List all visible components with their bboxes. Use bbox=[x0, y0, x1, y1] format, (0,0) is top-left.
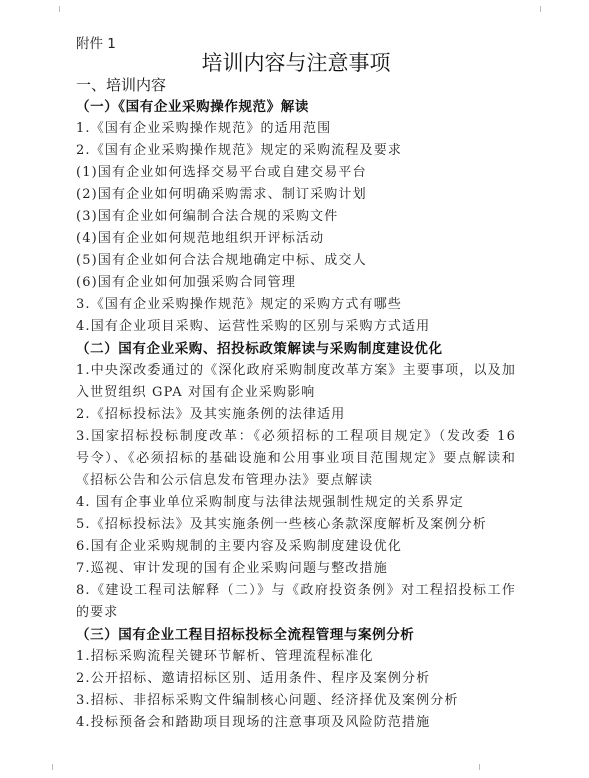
list-item: 2.公开招标、邀请招标区别、适用条件、程序及案例分析 bbox=[76, 668, 516, 690]
list-item: 3.招标、非招标采购文件编制核心问题、经济择优及案例分析 bbox=[76, 690, 516, 712]
section-heading-training-content: 一、培训内容 bbox=[76, 74, 516, 96]
subsection-heading: （一）《国有企业采购操作规范》解读 bbox=[76, 96, 516, 118]
list-item: 6.国有企业采购规制的主要内容及采购制度建设优化 bbox=[76, 536, 516, 558]
list-item: 2.《招标投标法》及其实施条例的法律适用 bbox=[76, 404, 516, 426]
subsection-1: （一）《国有企业采购操作规范》解读 1.《国有企业采购操作规范》的适用范围 2.… bbox=[76, 96, 516, 338]
list-item: 3.国家招标投标制度改革：《必须招标的工程项目规定》（发改委 16 号令）、《必… bbox=[76, 426, 516, 492]
list-item: 7.巡视、审计发现的国有企业采购问题与整改措施 bbox=[76, 558, 516, 580]
subsection-heading: （三）国有企业工程目招标投标全流程管理与案例分析 bbox=[76, 624, 516, 646]
list-item: 3.《国有企业采购操作规范》规定的采购方式有哪些 bbox=[76, 294, 516, 316]
list-item: 1.《国有企业采购操作规范》的适用范围 bbox=[76, 118, 516, 140]
document-page: 附件 1 培训内容与注意事项 一、培训内容 （一）《国有企业采购操作规范》解读 … bbox=[76, 34, 516, 734]
list-item: (1)国有企业如何选择交易平台或自建交易平台 bbox=[76, 162, 516, 184]
subsection-2: （二）国有企业采购、招投标政策解读与采购制度建设优化 1.中央深改委通过的《深化… bbox=[76, 338, 516, 624]
list-item: 4.投标预备会和踏勘项目现场的注意事项及风险防范措施 bbox=[76, 712, 516, 734]
list-item: (6)国有企业如何加强采购合同管理 bbox=[76, 272, 516, 294]
subsection-heading: （二）国有企业采购、招投标政策解读与采购制度建设优化 bbox=[76, 338, 516, 360]
subsection-3: （三）国有企业工程目招标投标全流程管理与案例分析 1.招标采购流程关键环节解析、… bbox=[76, 624, 516, 734]
list-item: 1.招标采购流程关键环节解析、管理流程标准化 bbox=[76, 646, 516, 668]
crop-mark-top-right bbox=[540, 6, 541, 12]
crop-mark-bottom-left bbox=[52, 764, 53, 770]
list-item: 8.《建设工程司法解释（二）》与《政府投资条例》对工程招投标工作的要求 bbox=[76, 580, 516, 624]
list-item: 2.《国有企业采购操作规范》规定的采购流程及要求 bbox=[76, 140, 516, 162]
list-item: 5.《招标投标法》及其实施条例一些核心条款深度解析及案例分析 bbox=[76, 514, 516, 536]
list-item: 4.国有企业项目采购、运营性采购的区别与采购方式适用 bbox=[76, 316, 516, 338]
document-title: 培训内容与注意事项 bbox=[76, 50, 516, 76]
list-item: (2)国有企业如何明确采购需求、制订采购计划 bbox=[76, 184, 516, 206]
list-item: 1.中央深改委通过的《深化政府采购制度改革方案》主要事项，以及加入世贸组织 GP… bbox=[76, 360, 516, 404]
list-item: (3)国有企业如何编制合法合规的采购文件 bbox=[76, 206, 516, 228]
list-item: 4. 国有企事业单位采购制度与法律法规强制性规定的关系界定 bbox=[76, 492, 516, 514]
crop-mark-bottom-right bbox=[479, 764, 480, 770]
crop-mark-top-left bbox=[59, 6, 60, 12]
list-item: (4)国有企业如何规范地组织开评标活动 bbox=[76, 228, 516, 250]
list-item: (5)国有企业如何合法合规地确定中标、成交人 bbox=[76, 250, 516, 272]
